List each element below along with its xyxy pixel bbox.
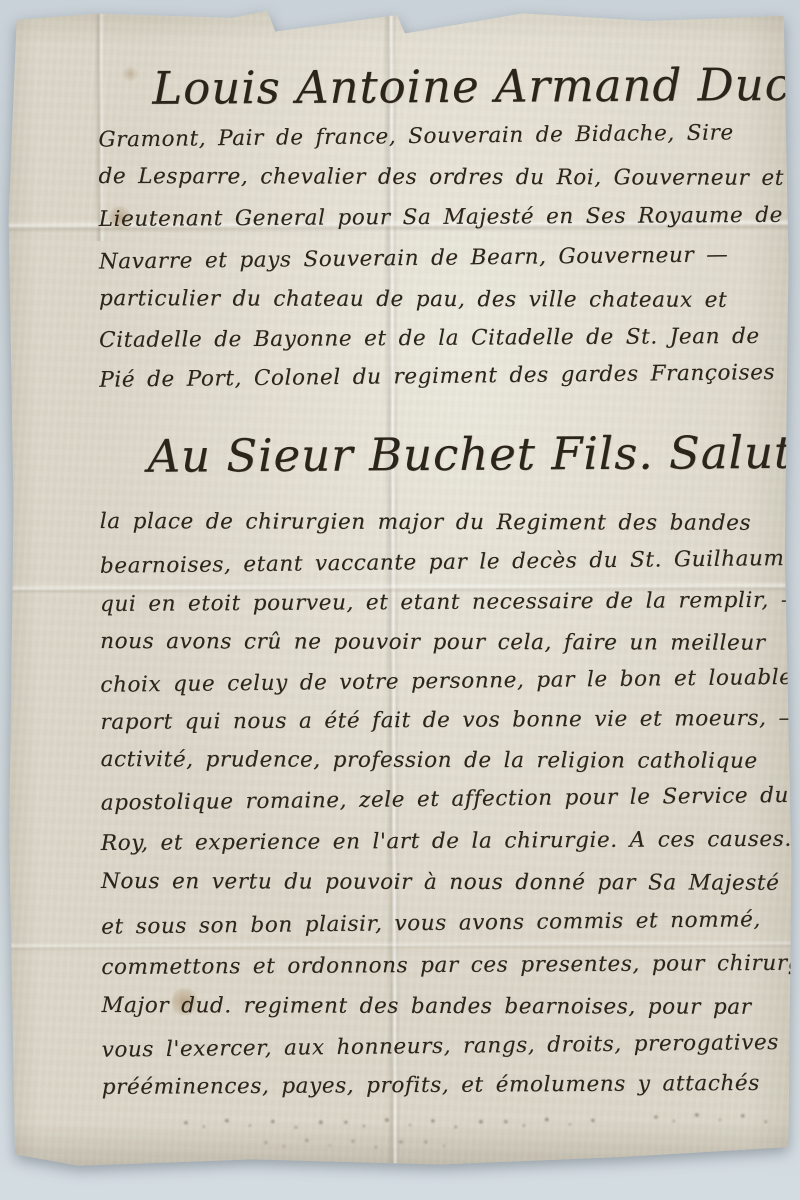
paper-shadow-wrap: Louis Antoine Armand Duc de Gramont, Pai… xyxy=(0,0,800,1200)
manuscript-line: particulier du chateau de pau, des ville… xyxy=(99,286,727,313)
manuscript-line: Nous en vertu du pouvoir à nous donné pa… xyxy=(101,869,780,896)
manuscript-line: Pié de Port, Colonel du regiment des gar… xyxy=(99,360,775,393)
manuscript-line: choix que celuy de votre personne, par l… xyxy=(100,665,792,698)
manuscript-line: qui en etoit pourveu, et etant necessair… xyxy=(100,588,800,617)
manuscript-paper-sheet: Louis Antoine Armand Duc de Gramont, Pai… xyxy=(4,7,794,1169)
manuscript-line: Roy, et experience en l'art de la chirur… xyxy=(101,827,792,856)
manuscript-line: et sous son bon plaisir, vous avons comm… xyxy=(101,907,761,939)
manuscript-line: nous avons crû ne pouvoir pour cela, fai… xyxy=(100,629,766,656)
salutation-heading: Au Sieur Buchet Fils. Salut xyxy=(147,426,793,483)
photograph-of-manuscript: Louis Antoine Armand Duc de Gramont, Pai… xyxy=(0,0,800,1200)
manuscript-line: activité, prudence, profession de la rel… xyxy=(101,747,758,774)
manuscript-line: bearnoises, etant vaccante par le decès … xyxy=(100,546,798,579)
manuscript-line: la place de chirurgien major du Regiment… xyxy=(100,509,751,536)
manuscript-line: Citadelle de Bayonne et de la Citadelle … xyxy=(99,324,760,353)
manuscript-line: raport qui nous a été fait de vos bonne … xyxy=(100,706,800,735)
document-title: Louis Antoine Armand Duc de xyxy=(152,57,800,114)
handwritten-text-layer: Louis Antoine Armand Duc de Gramont, Pai… xyxy=(4,7,794,1169)
manuscript-line: apostolique romaine, zele et affection p… xyxy=(101,783,789,816)
manuscript-line: prééminences, payes, profits, et émolume… xyxy=(102,1071,760,1100)
manuscript-line: Lieutenant General pour Sa Majesté en Se… xyxy=(99,203,783,232)
manuscript-line: Gramont, Pair de france, Souverain de Bi… xyxy=(98,120,734,152)
manuscript-line: de Lesparre, chevalier des ordres du Roi… xyxy=(99,164,784,191)
manuscript-line: vous l'exercer, aux honneurs, rangs, dro… xyxy=(101,1030,778,1063)
manuscript-line: Major dud. regiment des bandes bearnoise… xyxy=(101,993,751,1020)
manuscript-line: commettons et ordonnons par ces presente… xyxy=(101,951,800,980)
manuscript-line: Navarre et pays Souverain de Bearn, Gouv… xyxy=(99,242,729,274)
